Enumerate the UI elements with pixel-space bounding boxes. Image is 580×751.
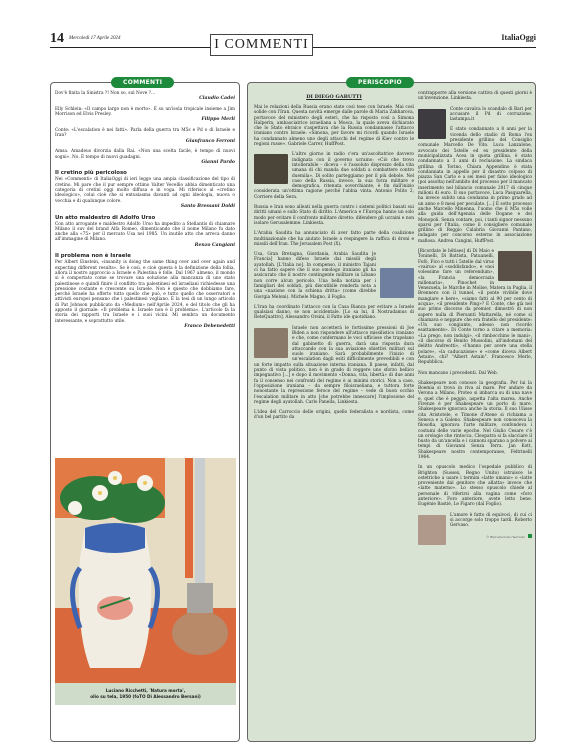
zelensky-photo [254,154,288,184]
painting-caption: Luciano Ricchetti, 'Natura morta', olio … [55,683,236,705]
masthead: 14 Mercoledì 17 Aprile 2024 I COMMENTI I… [50,30,536,48]
periscopio-col-2: contrapporre alla versione cattiva di qu… [418,91,532,547]
quote: Non mancano i precedenti. Dal Web. [418,371,532,376]
short-comment: Conte: «L'escalation è nei fatti». Parla… [55,128,235,144]
periscopio-column: PERISCOPIO DI DIEGO GABUTTI Mai le relaz… [247,82,536,742]
quote: In un opuscolo medico l'ospedale pubblic… [418,465,532,507]
quote: [Ricordate le bêtises] di Di Maio e Toni… [418,249,532,366]
quote: L'idea del Carroccio delle origini, quel… [254,410,414,421]
tajani-photo [380,268,414,298]
di-maio-photo [498,251,532,281]
author: Gianfranco Ferroni [55,139,235,145]
brand-logo: ItaliaOggi [501,33,536,42]
quote: È stato condannato a 8 anni per la vicen… [418,127,532,244]
quote: Usa, Gran Bretagna, Giordania, Arabia Sa… [254,252,414,300]
page-number: 14 [50,31,64,47]
short-comment: Elly Schlein: «Il campo largo non è mort… [55,107,235,123]
author: Gianni Pardo [55,160,235,166]
quote: L'Arabia Saudita ha annunciato di aver f… [254,231,414,247]
quote: L'altro giorno in radio c'era un'ascolta… [254,152,414,200]
author: Renzo Cangiani [55,243,235,249]
letter-title: Il cretino più pericoloso [55,170,235,177]
quote: L'amore è fatto di equivoci, di cui ci s… [418,513,532,529]
commenti-column: COMMENTI Dov'è finita la Sinistra ?! Non… [50,82,240,742]
quote: Shakespeare non conosce la geografia. Pe… [418,381,532,460]
quote: Russia e Iran sono alleati nella guerra … [254,205,414,226]
byline: DI DIEGO GABUTTI [254,94,414,100]
author: Santo Bressani Doldi [55,204,235,210]
short-comment: Amsa. Amadeus divorzia dalla Rai. «Non u… [55,149,235,165]
letter: Il problema non è IsraelePer Albert Eins… [55,253,235,329]
letter: Un atto maldestro di Adolfo UrsoCon atto… [55,215,235,249]
newspaper-page: 14 Mercoledì 17 Aprile 2024 I COMMENTI I… [50,30,536,48]
end-square-icon [528,534,532,538]
quote: Mai le relazioni della Russia erano stat… [254,105,414,147]
periscopio-col-1: DI DIEGO GABUTTI Mai le relazioni della … [254,91,414,421]
author: Filippo Merli [55,117,235,123]
gervaso-photo [418,515,446,545]
short-comment: Dov'è finita la Sinistra ?! Non so, sul … [55,91,235,102]
section-title: I COMMENTI [210,34,313,56]
issue-date: Mercoledì 17 Aprile 2024 [69,36,121,41]
quote: L'Iran ha coordinato l'attacco con la Ca… [254,305,414,321]
letter-title: Il problema non è Israele [55,253,235,260]
quote: Israele non accetterà le fortissime pres… [254,326,414,405]
author: Claudio Cadei [55,96,235,102]
letter-title: Un atto maldestro di Adolfo Urso [55,215,235,222]
biden-photo [254,328,288,358]
periscopio-label: PERISCOPIO [346,77,414,88]
letter: Il cretino più pericolosoNei «Commenti» … [55,170,235,209]
still-life-painting [55,458,236,683]
quote: Conte cavalca lo scandalo di Bari per ac… [418,107,532,123]
conte-photo [418,109,446,139]
quote: contrapporre alla versione cattiva di qu… [418,91,532,102]
commenti-label: COMMENTI [111,77,174,88]
author: Franco Debenedetti [55,324,235,330]
